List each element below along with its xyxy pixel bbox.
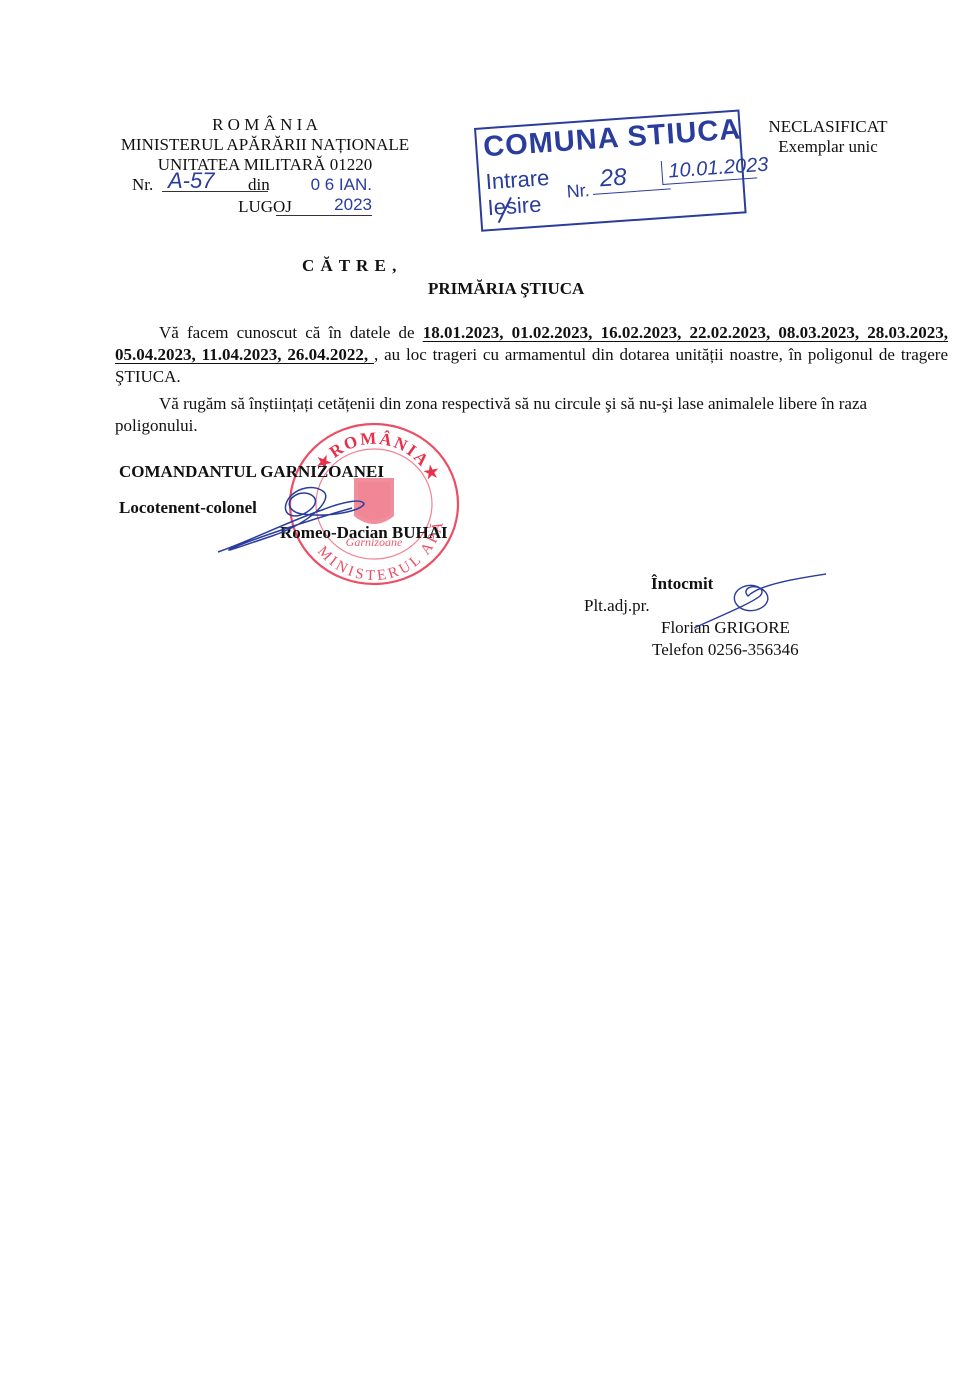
stamp-date-value: 10.01.2023 (661, 154, 757, 185)
copy-label: Exemplar unic (748, 137, 908, 157)
classification-label: NECLASIFICAT (748, 117, 908, 137)
to-label: C Ă T R E , (302, 256, 397, 276)
registry-stamp: COMUNA STIUCA Intrare Iesire Nr. 28 10.0… (474, 109, 747, 231)
prepared-signature (690, 570, 830, 630)
nr-label: Nr. (132, 175, 153, 195)
stamp-out-label: Iesire (487, 192, 542, 222)
warning-text: Vă rugăm să înștiințați cetățenii din zo… (115, 394, 867, 435)
stamp-nr-value: 28 (591, 160, 671, 194)
header-right: NECLASIFICAT Exemplar unic (748, 117, 908, 157)
recipient-name: PRIMĂRIA ŞTIUCA (428, 279, 584, 299)
ministry-name: MINISTERUL APĂRĂRII NAȚIONALE (90, 135, 440, 155)
header-left: R O M Â N I A MINISTERUL APĂRĂRII NAȚION… (90, 115, 440, 217)
paragraph-warning: Vă rugăm să înștiințați cetățenii din zo… (115, 393, 948, 437)
intro-text: Vă facem cunoscut că în datele de (159, 323, 423, 342)
stamp-title: COMUNA STIUCA (482, 113, 742, 164)
date-stamp: 0 6 IAN. 2023 (276, 175, 372, 216)
stamp-nr-label: Nr. (566, 180, 590, 203)
city-name: LUGOJ (90, 197, 440, 217)
din-label: din (248, 175, 270, 195)
prepared-phone: Telefon 0256-356346 (652, 640, 799, 660)
commander-signature (212, 470, 372, 560)
prepared-rank: Plt.adj.pr. (584, 596, 650, 616)
paragraph-firing-dates: Vă facem cunoscut că în datele de 18.01.… (115, 322, 948, 388)
country-name: R O M Â N I A (90, 115, 440, 135)
registration-line: Nr. A-57 din 0 6 IAN. 2023 (90, 175, 440, 197)
